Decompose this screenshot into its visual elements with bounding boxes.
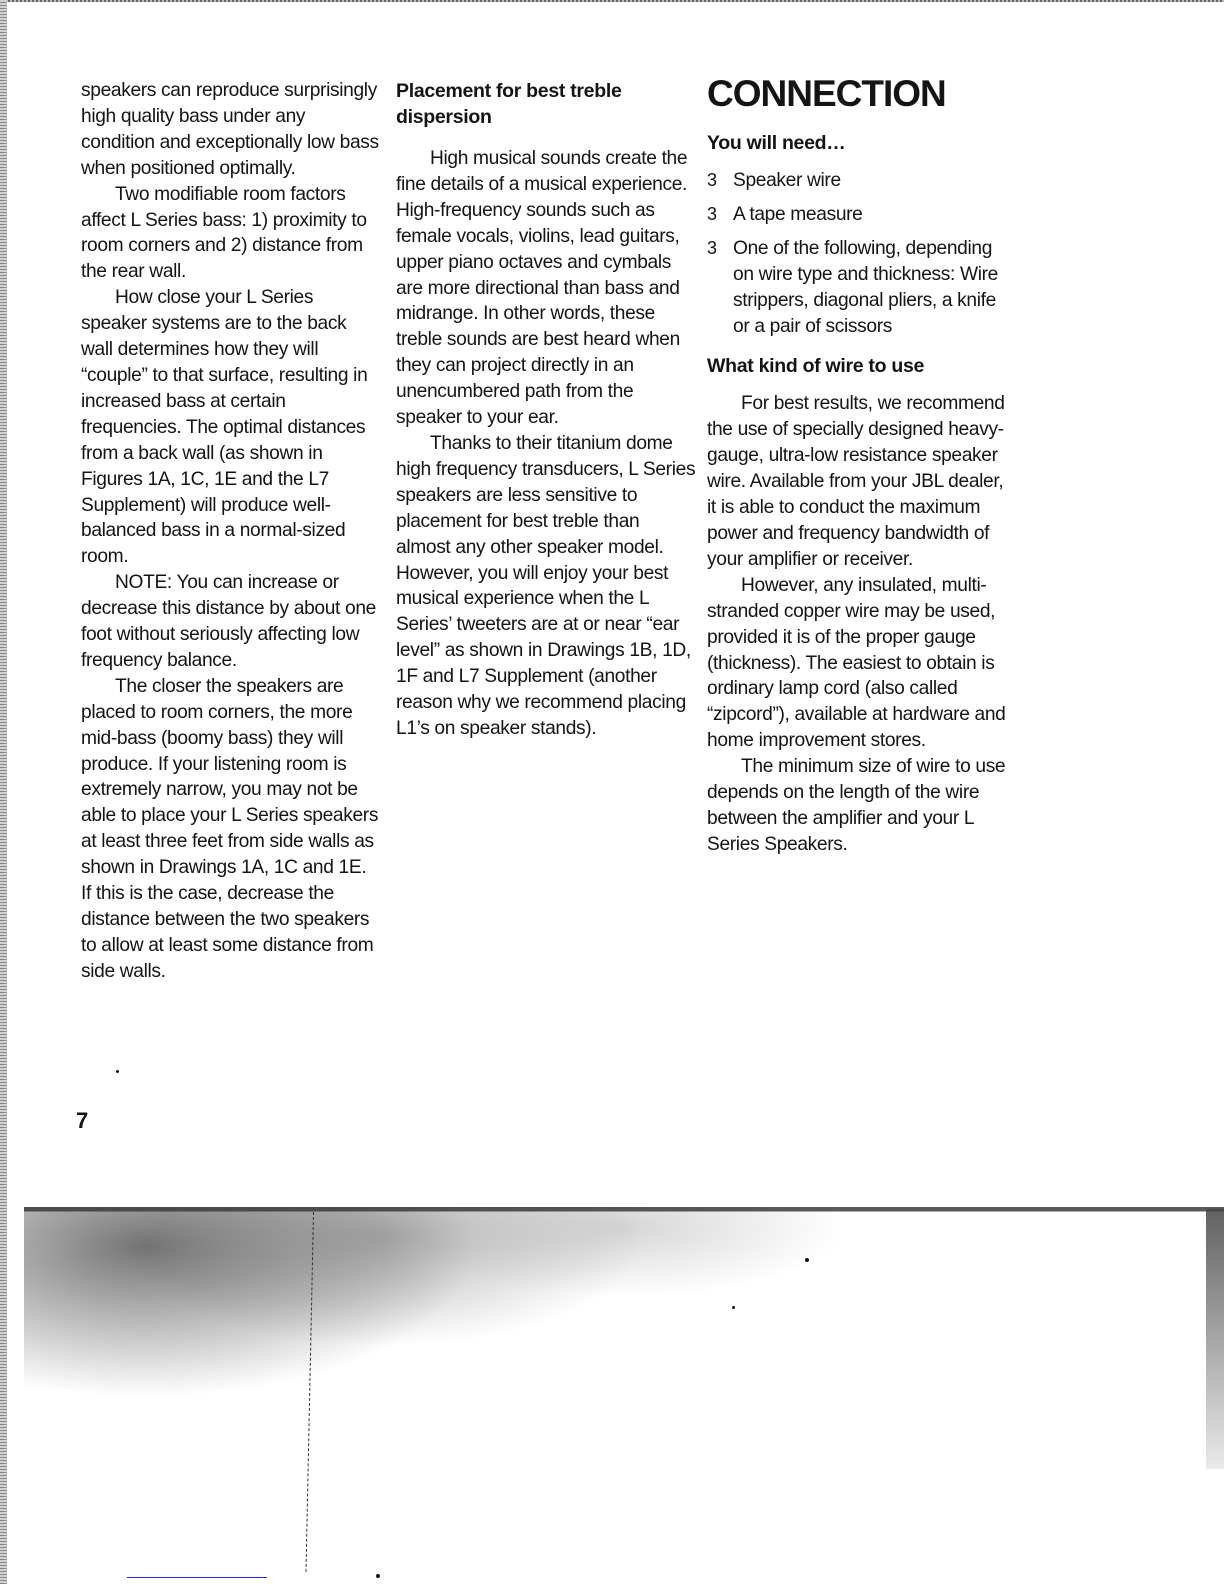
scan-right-shadow (1206, 1209, 1224, 1469)
list-item: 3 Speaker wire (707, 168, 1007, 194)
paragraph: Thanks to their titanium dome high frequ… (396, 431, 696, 742)
column-left: speakers can reproduce surprisingly high… (81, 78, 381, 985)
scan-speck (732, 1306, 735, 1309)
scan-speck (376, 1574, 380, 1578)
page-number: 7 (76, 1108, 88, 1134)
column-middle: Placement for best treble dispersion Hig… (396, 78, 696, 742)
paragraph: Two modifiable room factors affect L Ser… (81, 182, 381, 286)
scan-speck (805, 1258, 809, 1262)
section-heading-you-will-need: You will need… (707, 130, 1007, 156)
list-item-label: Speaker wire (733, 168, 1007, 194)
section-heading-treble: Placement for best treble dispersion (396, 78, 696, 130)
scan-top-edge (0, 0, 1224, 2)
paragraph: speakers can reproduce surprisingly high… (81, 78, 381, 182)
list-item: 3 One of the following, depending on wir… (707, 236, 1007, 340)
list-item: 3 A tape measure (707, 202, 1007, 228)
section-heading-wire: What kind of wire to use (707, 353, 1007, 379)
checkmark-bullet-icon: 3 (707, 202, 733, 228)
checkmark-bullet-icon: 3 (707, 168, 733, 194)
paragraph: The minimum size of wire to use depends … (707, 754, 1007, 858)
needs-list: 3 Speaker wire 3 A tape measure 3 One of… (707, 168, 1007, 339)
paragraph: High musical sounds create the fine deta… (396, 146, 696, 431)
note-paragraph: NOTE: You can increase or decrease this … (81, 570, 381, 674)
scan-left-edge (0, 0, 7, 1584)
paragraph: How close your L Series speaker systems … (81, 285, 381, 570)
scan-shadow (24, 1207, 1224, 1407)
paragraph: The closer the speakers are placed to ro… (81, 674, 381, 985)
paragraph: For best results, we recommend the use o… (707, 391, 1007, 572)
list-item-label: One of the following, depending on wire … (733, 236, 1007, 340)
scan-speck (116, 1070, 119, 1073)
page-title: CONNECTION (707, 72, 1007, 116)
column-right: CONNECTION You will need… 3 Speaker wire… (707, 72, 1007, 858)
paragraph: However, any insulated, multi-stranded c… (707, 573, 1007, 754)
blue-underline-mark (127, 1577, 267, 1578)
checkmark-bullet-icon: 3 (707, 236, 733, 340)
list-item-label: A tape measure (733, 202, 1007, 228)
